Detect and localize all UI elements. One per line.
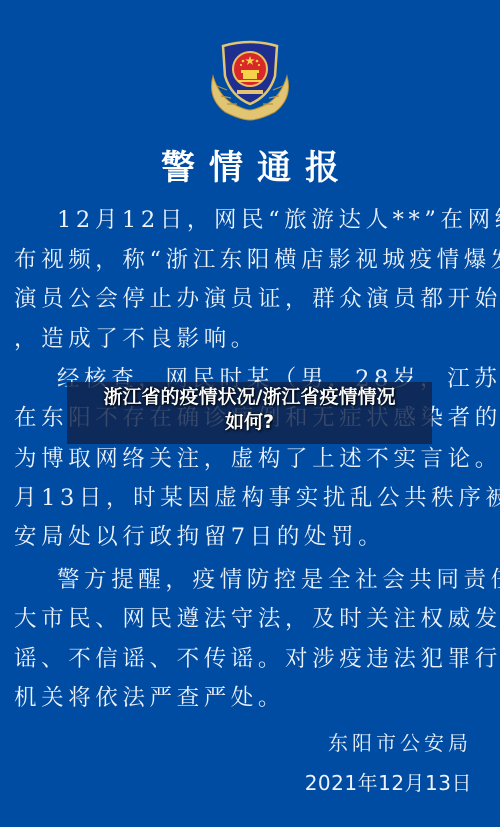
paragraph-3-line-2: 大市民、网民遵法守法，及时关注权威发布，不造 <box>14 604 500 634</box>
paragraph-1-line-4: ，造成了不良影响。 <box>14 324 258 354</box>
notice-title: 警情通报 <box>0 140 500 189</box>
paragraph-1-line-1: 12月12日，网民“旅游达人**”在网络平台发 <box>57 205 500 235</box>
paragraph-3-line-1: 警方提醒，疫情防控是全社会共同责任，请广 <box>57 565 500 595</box>
issuer-signature: 东阳市公安局 <box>328 727 472 756</box>
paragraph-1-line-3: 演员公会停止办演员证，群众演员都开始跑路了” <box>14 284 500 314</box>
caption-line-1: 浙江省的疫情状况/浙江省疫情情况 <box>67 385 432 410</box>
paragraph-3-line-3: 谣、不信谣、不传谣。对涉疫违法犯罪行为，公安 <box>14 644 500 674</box>
paragraph-3-line-4: 机关将依法严查严处。 <box>14 683 285 713</box>
paragraph-1-line-2: 布视频，称“浙江东阳横店影视城疫情爆发严重， <box>14 245 500 275</box>
paragraph-2-line-5: 安局处以行政拘留7日的处罚。 <box>14 522 385 552</box>
paragraph-2-line-3: 为博取网络关注，虚构了上述不实言论。2021年12 <box>14 444 500 474</box>
issue-date: 2021年12月13日 <box>305 767 472 796</box>
caption-text: 浙江省的疫情状况/浙江省疫情情况 如何? <box>67 385 432 435</box>
police-notice-image: 警情通报 12月12日，网民“旅游达人**”在网络平台发 布视频，称“浙江东阳横… <box>0 0 500 827</box>
police-badge-emblem-icon <box>203 36 297 122</box>
paragraph-2-line-4: 月13日，时某因虚构事实扰乱公共秩序被东阳市公 <box>14 483 500 513</box>
caption-line-2: 如何? <box>67 410 432 435</box>
